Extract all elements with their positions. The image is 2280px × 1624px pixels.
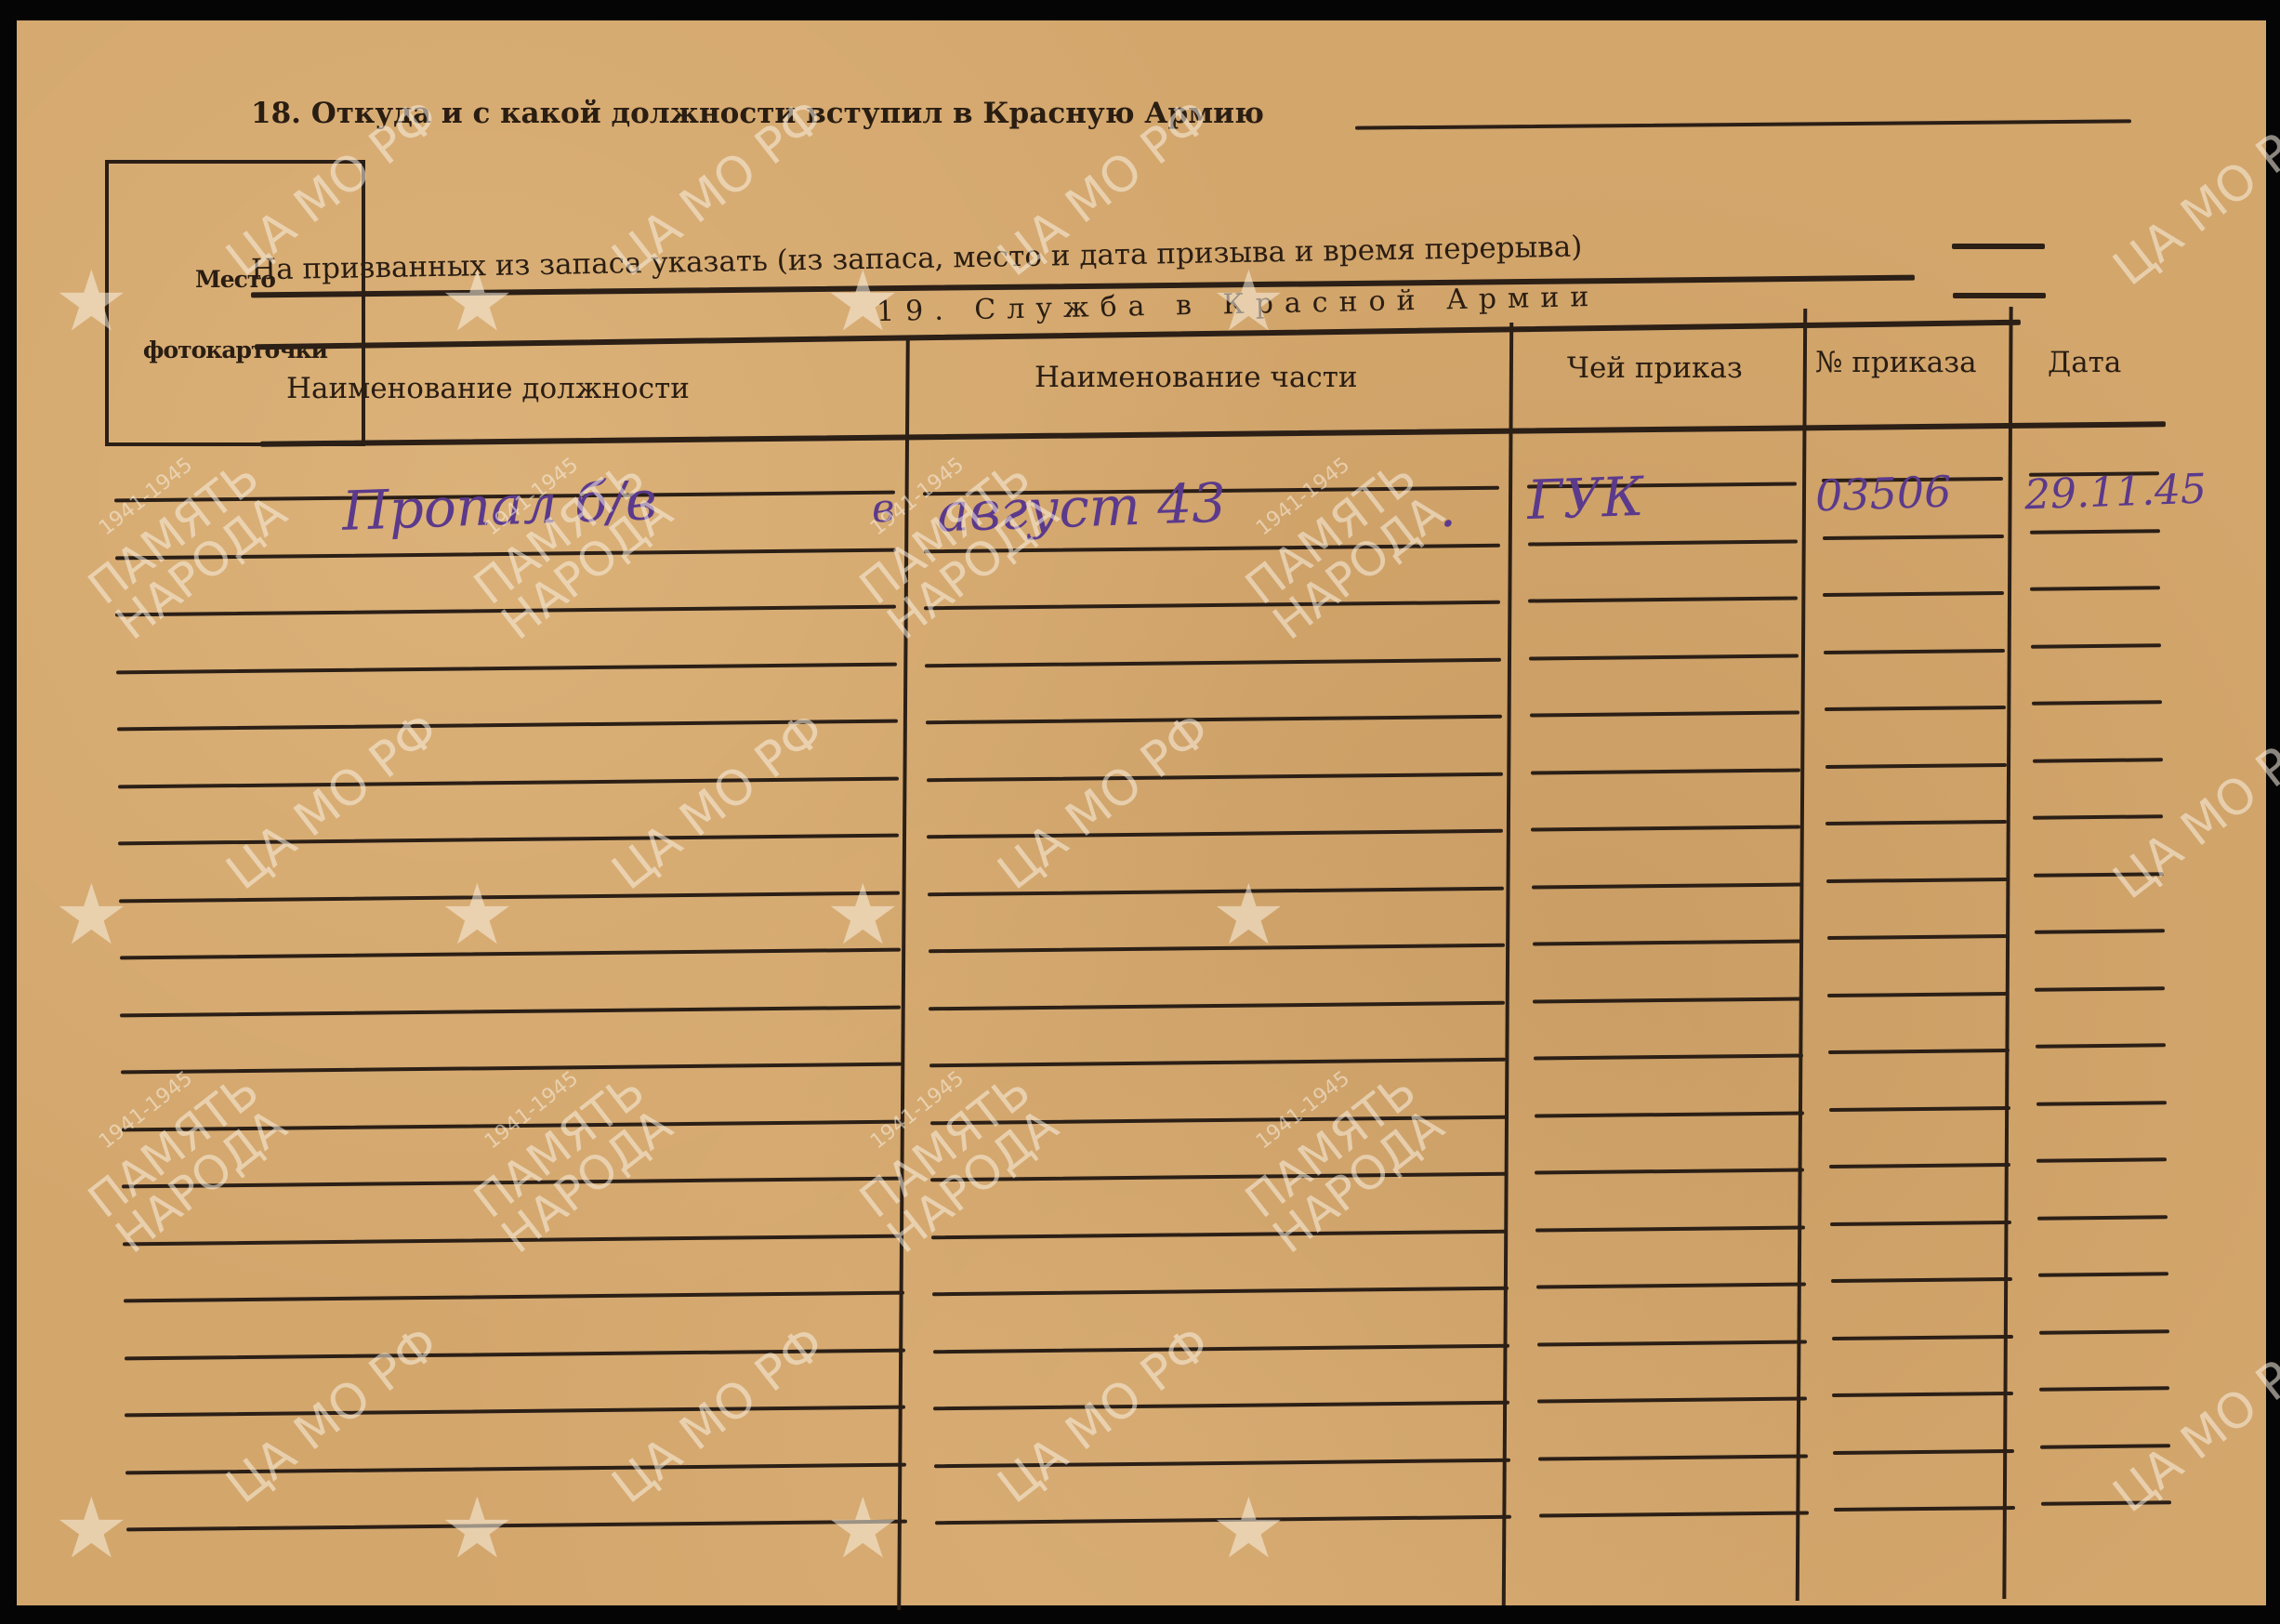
row-rule-line: [1538, 1454, 1808, 1460]
col-header-unit: Наименование части: [1035, 361, 1358, 394]
row-rule-line: [119, 891, 900, 904]
row-rule-line: [924, 601, 1500, 610]
watermark-archive: ЦА МО РФ: [2103, 711, 2280, 910]
q18-sublabel: На призванных из запаса указать (из запа…: [251, 231, 1583, 287]
row-rule-line: [125, 1349, 905, 1361]
row-rule-line: [1829, 1163, 2010, 1168]
row-rule-line: [1533, 997, 1802, 1003]
row-rule-line: [118, 834, 899, 846]
row-rule-line: [1830, 1221, 2011, 1226]
row-rule-line: [2033, 814, 2163, 819]
cell-unit: август 43: [936, 471, 1227, 545]
watermark-star-icon: ★: [54, 866, 129, 964]
row-rule-line: [1825, 706, 2006, 711]
watermark-project-line2: НАРОДА: [106, 485, 297, 651]
col-header-position: Наименование должности: [286, 372, 690, 405]
col-divider-2: [1502, 323, 1513, 1605]
row-rule-line: [1534, 1053, 1803, 1060]
cell-date: 29.11.45: [2023, 466, 2208, 520]
watermark-archive: ЦА МО РФ: [988, 1315, 1220, 1514]
q18-sub-line-tail: [1952, 244, 2045, 249]
q18-answer-line: [1355, 119, 2131, 129]
row-rule-line: [1528, 539, 1798, 546]
row-rule-line: [1832, 1392, 2013, 1397]
q19-right-line: [1953, 293, 2046, 298]
row-rule-line: [115, 548, 896, 561]
row-rule-line: [1533, 939, 1802, 945]
row-rule-line: [118, 777, 899, 789]
row-rule-line: [1529, 654, 1799, 660]
photo-label-line2: фотокарточки: [109, 337, 362, 363]
row-rule-line: [926, 715, 1502, 724]
watermark-project: 1941-1945 ПАМЯТЬ НАРОДА: [1211, 418, 1451, 647]
row-rule-line: [2032, 700, 2162, 705]
col-divider-3: [1796, 309, 1807, 1601]
row-rule-line: [933, 1401, 1509, 1410]
row-rule-line: [2032, 758, 2162, 762]
cell-order-no: 03506: [1814, 466, 1952, 521]
row-rule-line: [935, 1515, 1511, 1525]
row-rule-line: [122, 1177, 903, 1189]
row-rule-line: [924, 544, 1500, 553]
row-rule-line: [931, 1230, 1508, 1239]
row-rule-line: [2036, 1157, 2167, 1162]
row-rule-line: [1532, 882, 1801, 889]
cell-separator: .: [1438, 476, 1457, 540]
watermark-archive: ЦА МО РФ: [988, 702, 1220, 901]
row-rule-line: [121, 1063, 902, 1075]
row-rule-line: [1531, 825, 1800, 831]
row-rule-line: [926, 772, 1502, 782]
row-rule-line: [120, 948, 901, 960]
q19-header-top-line: [255, 320, 2021, 350]
row-rule-line: [117, 720, 898, 732]
row-rule-line: [1539, 1511, 1809, 1517]
row-rule-line: [1833, 1449, 2014, 1455]
row-rule-line: [2041, 1500, 2171, 1505]
row-rule-line: [1537, 1396, 1807, 1403]
row-rule-line: [1823, 535, 2004, 540]
row-rule-line: [116, 663, 897, 675]
watermark-archive: ЦА МО РФ: [217, 702, 449, 901]
row-rule-line: [125, 1463, 906, 1475]
row-rule-line: [929, 1001, 1505, 1010]
col-divider-1: [897, 337, 910, 1610]
cell-unit-prefix: в: [871, 485, 895, 532]
watermark-project-line1: ПАМЯТЬ: [78, 450, 269, 615]
watermark-project: 1941-1945 ПАМЯТЬ НАРОДА: [1211, 1032, 1451, 1261]
row-rule-line: [2035, 929, 2165, 933]
row-rule-line: [2036, 1101, 2167, 1105]
row-rule-line: [1831, 1277, 2012, 1283]
watermark-star-icon: ★: [440, 1480, 515, 1578]
row-rule-line: [1535, 1225, 1805, 1232]
row-rule-line: [1528, 596, 1798, 602]
row-rule-line: [1828, 1049, 2010, 1054]
watermark-project: 1941-1945 ПАМЯТЬ НАРОДА: [54, 1032, 294, 1261]
archive-card: Место фотокарточки 18. Откуда и с какой …: [17, 20, 2266, 1605]
cell-position: Пропал б/в: [341, 469, 658, 543]
row-rule-line: [934, 1459, 1510, 1468]
row-rule-line: [929, 944, 1505, 953]
row-rule-line: [124, 1291, 904, 1303]
row-rule-line: [1823, 591, 2004, 597]
row-rule-line: [1829, 1106, 2010, 1112]
row-rule-line: [927, 829, 1503, 838]
row-rule-line: [123, 1235, 903, 1247]
row-rule-line: [1530, 768, 1799, 774]
col-divider-4: [2002, 307, 2012, 1599]
watermark-star-icon: ★: [440, 866, 515, 964]
watermark-star-icon: ★: [1211, 1480, 1286, 1578]
col-header-date: Дата: [2048, 346, 2121, 379]
row-rule-line: [1834, 1506, 2015, 1512]
watermark-archive: ЦА МО РФ: [2103, 98, 2280, 297]
row-rule-line: [1536, 1340, 1806, 1346]
row-rule-line: [122, 1120, 903, 1132]
watermark-archive: ЦА МО РФ: [602, 1315, 835, 1514]
watermark-archive: ЦА МО РФ: [2103, 1325, 2280, 1524]
watermark-star-icon: ★: [54, 1480, 129, 1578]
row-rule-line: [1831, 1335, 2012, 1340]
row-rule-line: [120, 1006, 901, 1018]
row-rule-line: [1824, 649, 2005, 654]
row-rule-line: [929, 1058, 1506, 1067]
row-rule-line: [930, 1172, 1507, 1182]
row-rule-line: [2036, 1043, 2166, 1048]
q18-label: 18. Откуда и с какой должности вступил в…: [251, 97, 1264, 130]
row-rule-line: [2040, 1444, 2170, 1448]
row-rule-line: [126, 1520, 907, 1532]
row-rule-line: [2038, 1329, 2168, 1334]
row-rule-line: [1535, 1111, 1804, 1117]
row-rule-line: [2035, 986, 2165, 991]
row-rule-line: [1825, 763, 2006, 769]
row-rule-line: [2031, 643, 2161, 648]
row-rule-line: [115, 605, 896, 617]
col-header-whose-order: Чей приказ: [1567, 351, 1743, 385]
row-rule-line: [1827, 934, 2009, 940]
row-rule-line: [1827, 992, 2009, 997]
cell-whose-order: ГУК: [1526, 465, 1645, 532]
row-rule-line: [1826, 878, 2008, 883]
row-rule-line: [1530, 710, 1799, 717]
row-rule-line: [2030, 529, 2160, 534]
row-rule-line: [2030, 586, 2160, 590]
header-bottom-line: [260, 421, 2166, 446]
row-rule-line: [932, 1287, 1509, 1296]
row-rule-line: [1535, 1168, 1804, 1174]
watermark-star-icon: ★: [825, 1480, 901, 1578]
row-rule-line: [125, 1406, 905, 1418]
row-rule-line: [932, 1344, 1509, 1353]
row-rule-line: [1825, 820, 2007, 825]
row-rule-line: [2039, 1386, 2169, 1391]
row-rule-line: [2037, 1215, 2168, 1220]
row-rule-line: [928, 887, 1504, 896]
watermark-archive: ЦА МО РФ: [602, 702, 835, 901]
row-rule-line: [930, 1116, 1507, 1125]
row-rule-line: [2034, 872, 2164, 877]
row-rule-line: [1536, 1282, 1806, 1288]
row-rule-line: [925, 658, 1501, 667]
row-rule-line: [2038, 1272, 2168, 1276]
col-header-order-no: № приказа: [1815, 346, 1977, 379]
